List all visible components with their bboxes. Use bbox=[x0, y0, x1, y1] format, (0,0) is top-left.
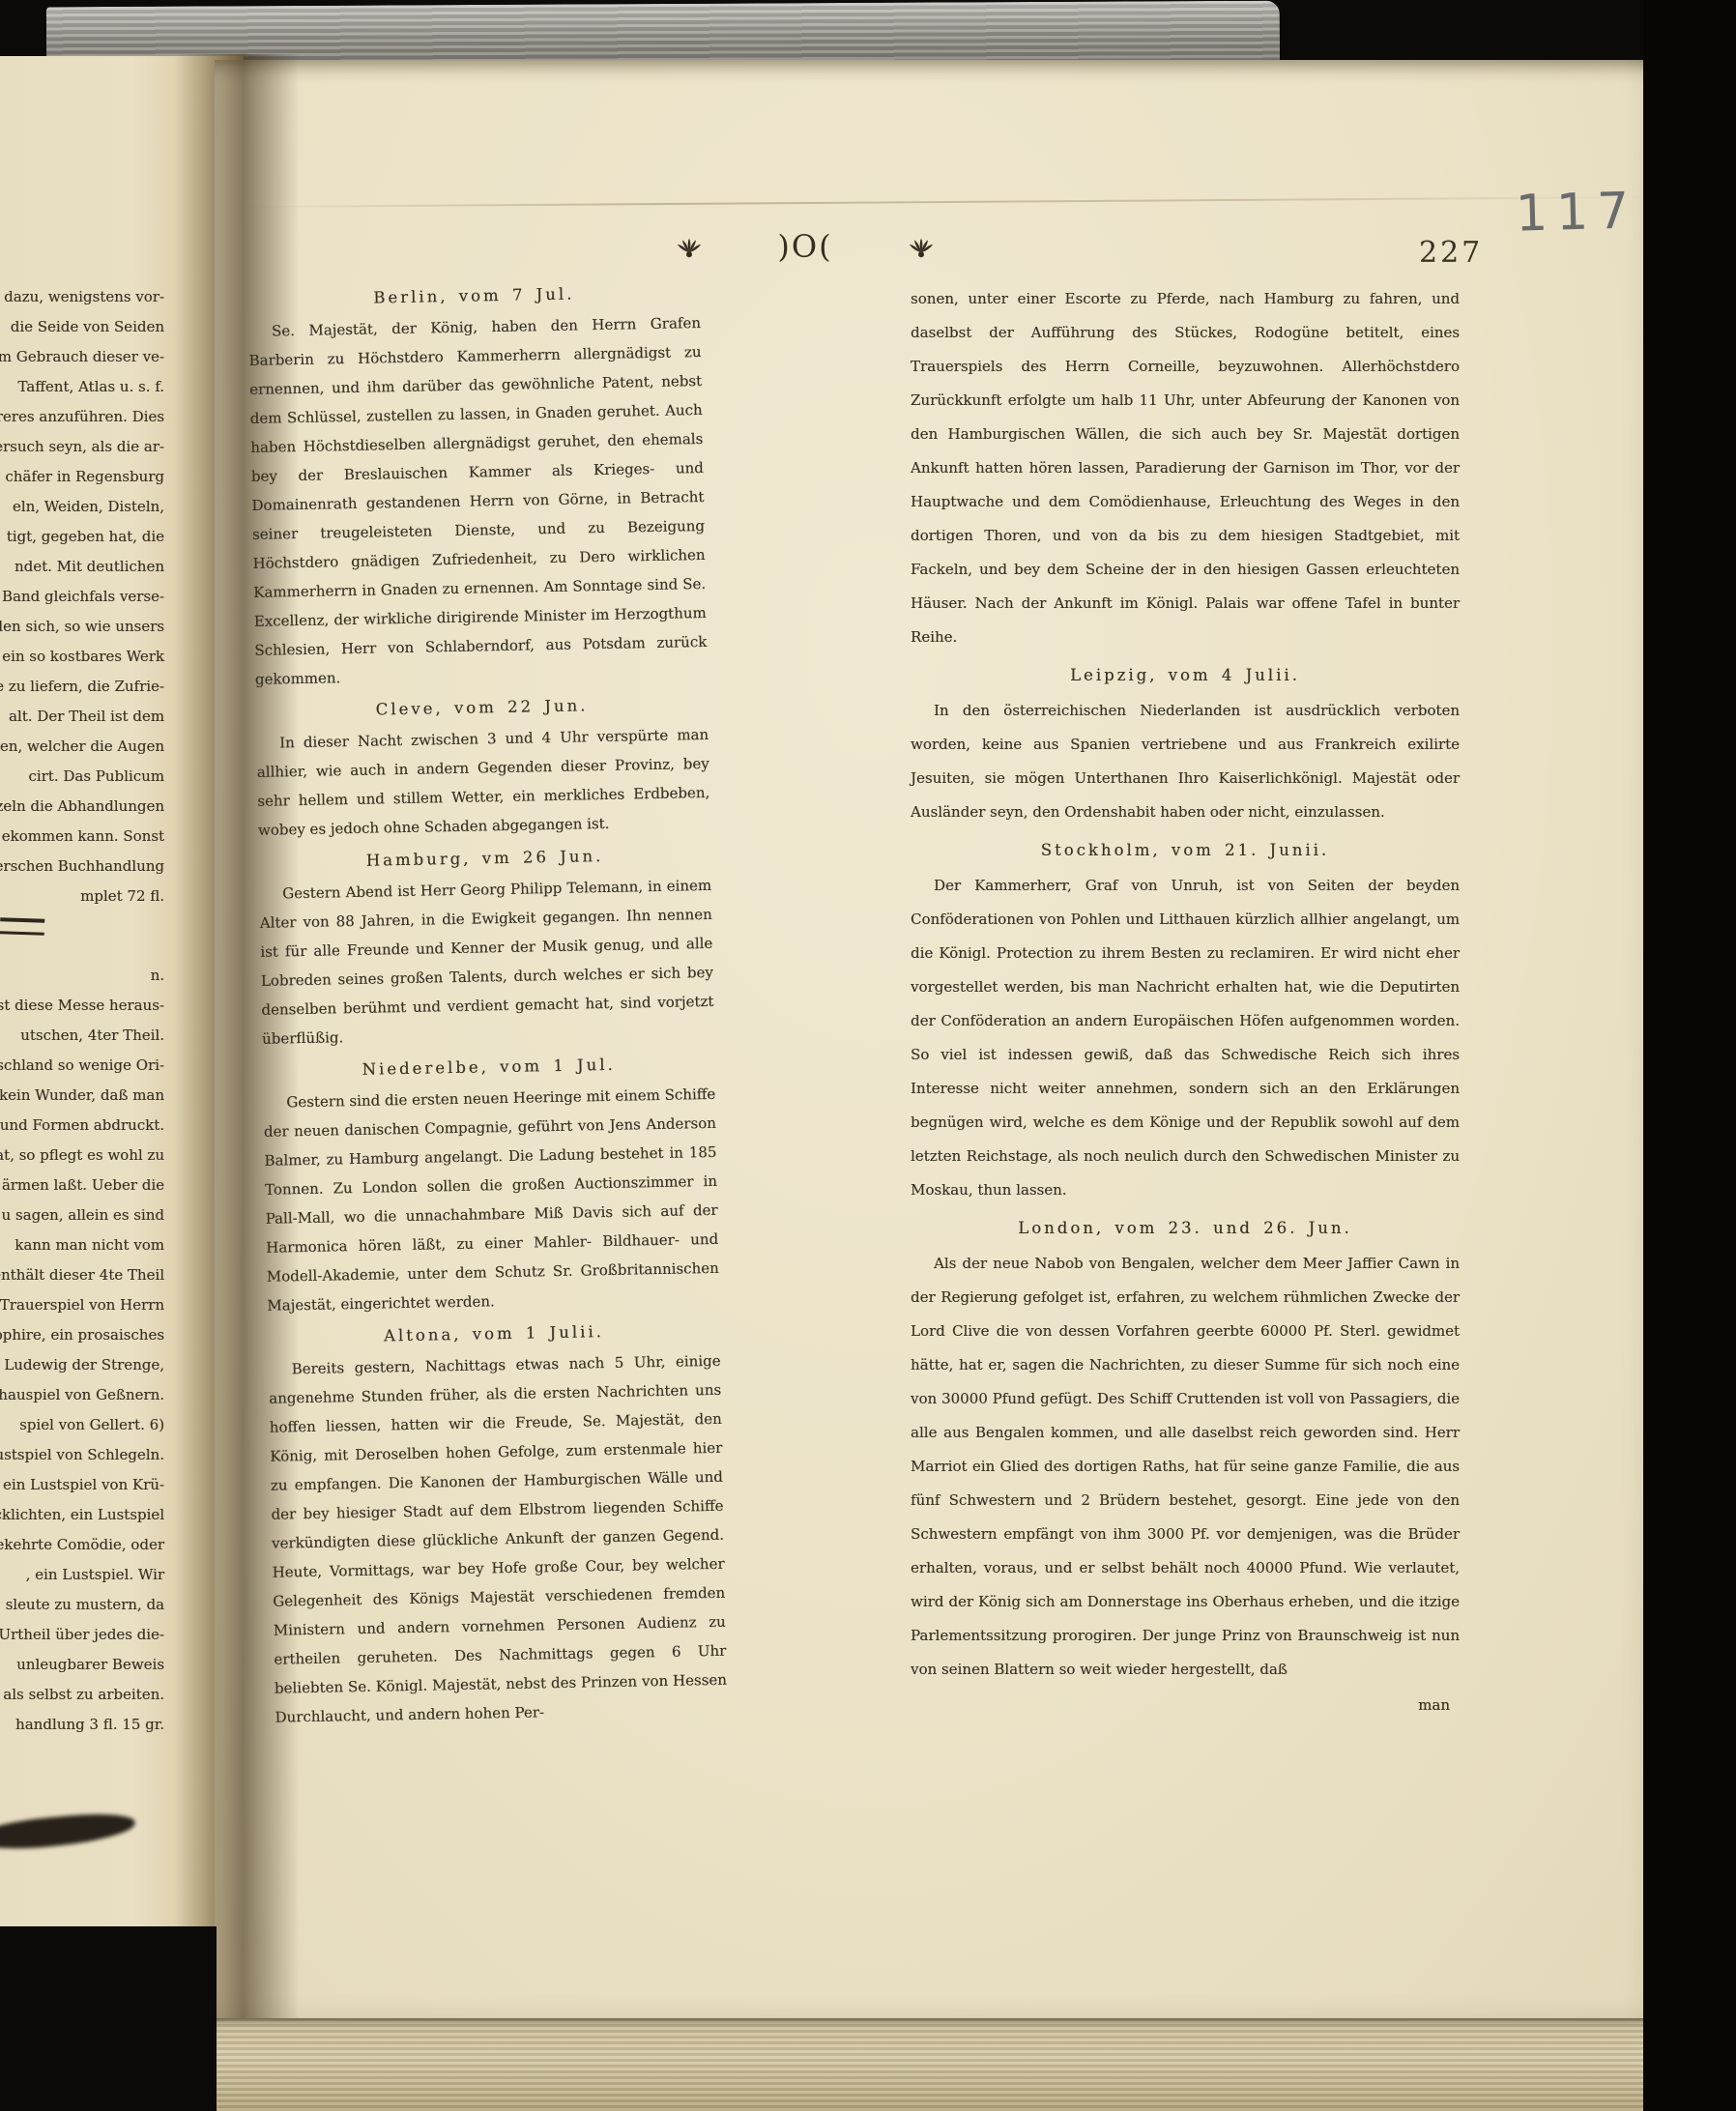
handwritten-folio-number: 117 bbox=[1515, 182, 1638, 243]
shell-fleuron-icon bbox=[907, 232, 936, 261]
catchword: man bbox=[911, 1689, 1460, 1722]
section-heading-stockholm: Stockholm, vom 21. Junii. bbox=[911, 833, 1460, 867]
page-number: 227 bbox=[1419, 236, 1483, 270]
photo-corner-black bbox=[0, 1926, 217, 2111]
right-column: sonen, unter einer Escorte zu Pferde, na… bbox=[911, 282, 1460, 1722]
left-column: Berlin, vom 7 Jul. Se. Majestät, der Kön… bbox=[247, 274, 728, 1732]
left-page-text-upper: ie dazu, wenigstens vor- die Seide von S… bbox=[0, 282, 164, 911]
section-heading-leipzig: Leipzig, vom 4 Julii. bbox=[911, 658, 1460, 692]
section-body-niederelbe: Gestern sind die ersten neuen Heeringe m… bbox=[263, 1080, 720, 1320]
left-page-fragment: ie dazu, wenigstens vor- die Seide von S… bbox=[0, 56, 244, 1926]
section-body-altona: Bereits gestern, Nachittags etwas nach 5… bbox=[268, 1346, 727, 1732]
section-body-stockholm: Der Kammerherr, Graf von Unruh, ist von … bbox=[911, 869, 1460, 1207]
header-ornament-row: )O( bbox=[675, 228, 936, 265]
section-body-leipzig: In den österreichischen Niederlanden ist… bbox=[911, 694, 1460, 829]
header-center-mark: )O( bbox=[777, 228, 832, 265]
shell-fleuron-icon bbox=[675, 232, 704, 261]
section-body-london: Als der neue Nabob von Bengalen, welcher… bbox=[911, 1247, 1460, 1687]
page-bottom-edges bbox=[201, 2018, 1676, 2111]
section-body-cleve: In dieser Nacht zwischen 3 und 4 Uhr ver… bbox=[256, 720, 710, 845]
section-body-hamburg: Gestern Abend ist Herr Georg Philipp Tel… bbox=[259, 871, 714, 1054]
section-heading-london: London, vom 23. und 26. Jun. bbox=[911, 1211, 1460, 1245]
section-body-berlin: Se. Majestät, der König, haben den Herrn… bbox=[248, 308, 708, 694]
column-continuation-text: sonen, unter einer Escorte zu Pferde, na… bbox=[911, 282, 1460, 654]
double-rule-divider bbox=[0, 917, 44, 936]
book-scan-photo: ie dazu, wenigstens vor- die Seide von S… bbox=[0, 0, 1736, 2111]
left-page-text-lower: n. er ist diese Messe heraus- utschen, 4… bbox=[0, 961, 164, 1740]
photo-right-black bbox=[1643, 0, 1736, 2111]
ink-smudge bbox=[0, 1810, 136, 1854]
